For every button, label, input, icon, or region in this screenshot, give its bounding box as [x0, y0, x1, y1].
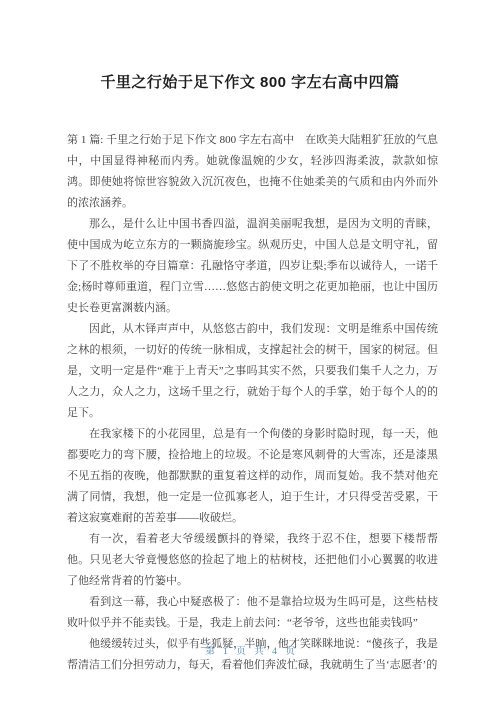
- page-footer: 第 1 页 共 4 页: [0, 645, 500, 659]
- essay-paragraph-4: 在我家楼下的小花园里，总是有一个佝偻的身影时隐时现，每一天，他都要吃力的弯下腰，…: [67, 424, 438, 529]
- essay-paragraph-3: 因此，从木铎声声中，从悠悠古韵中，我们发现：文明是维系中国传统之林的根须，一切好…: [67, 319, 438, 424]
- essay-paragraph-6: 看到这一幕，我心中疑惑极了：他不是靠拾垃圾为生吗可是，这些枯枝败叶似乎并不能卖钱…: [67, 592, 438, 634]
- document-body: 第 1 篇: 千里之行始于足下作文 800 字左右高中 在欧美大陆粗犷狂放的气息…: [67, 130, 438, 676]
- document-title: 千里之行始于足下作文 800 字左右高中四篇: [0, 0, 500, 93]
- document-page: { "document": { "title": "千里之行始于足下作文 800…: [0, 0, 500, 707]
- page: 千里之行始于足下作文 800 字左右高中四篇 第 1 篇: 千里之行始于足下作文…: [0, 0, 500, 707]
- current-page-number: 1: [223, 647, 228, 657]
- footer-label-page-prefix: 第: [205, 647, 215, 657]
- footer-label-page: 页: [236, 647, 246, 657]
- total-page-number: 4: [272, 647, 277, 657]
- essay-paragraph-2: 那么，是什么让中国书香四溢，温润美丽呢我想，是因为文明的青睐，使中国成为屹立东方…: [67, 214, 438, 319]
- essay-paragraph-5: 有一次，看着老大爷缓缓颤抖的脊梁，我终于忍不住，想要下楼帮帮他。只见老大爷竟慢悠…: [67, 529, 438, 592]
- essay-paragraph-1: 第 1 篇: 千里之行始于足下作文 800 字左右高中 在欧美大陆粗犷狂放的气息…: [67, 130, 438, 214]
- footer-label-page-2: 页: [285, 647, 295, 657]
- footer-label-total: 共: [254, 647, 264, 657]
